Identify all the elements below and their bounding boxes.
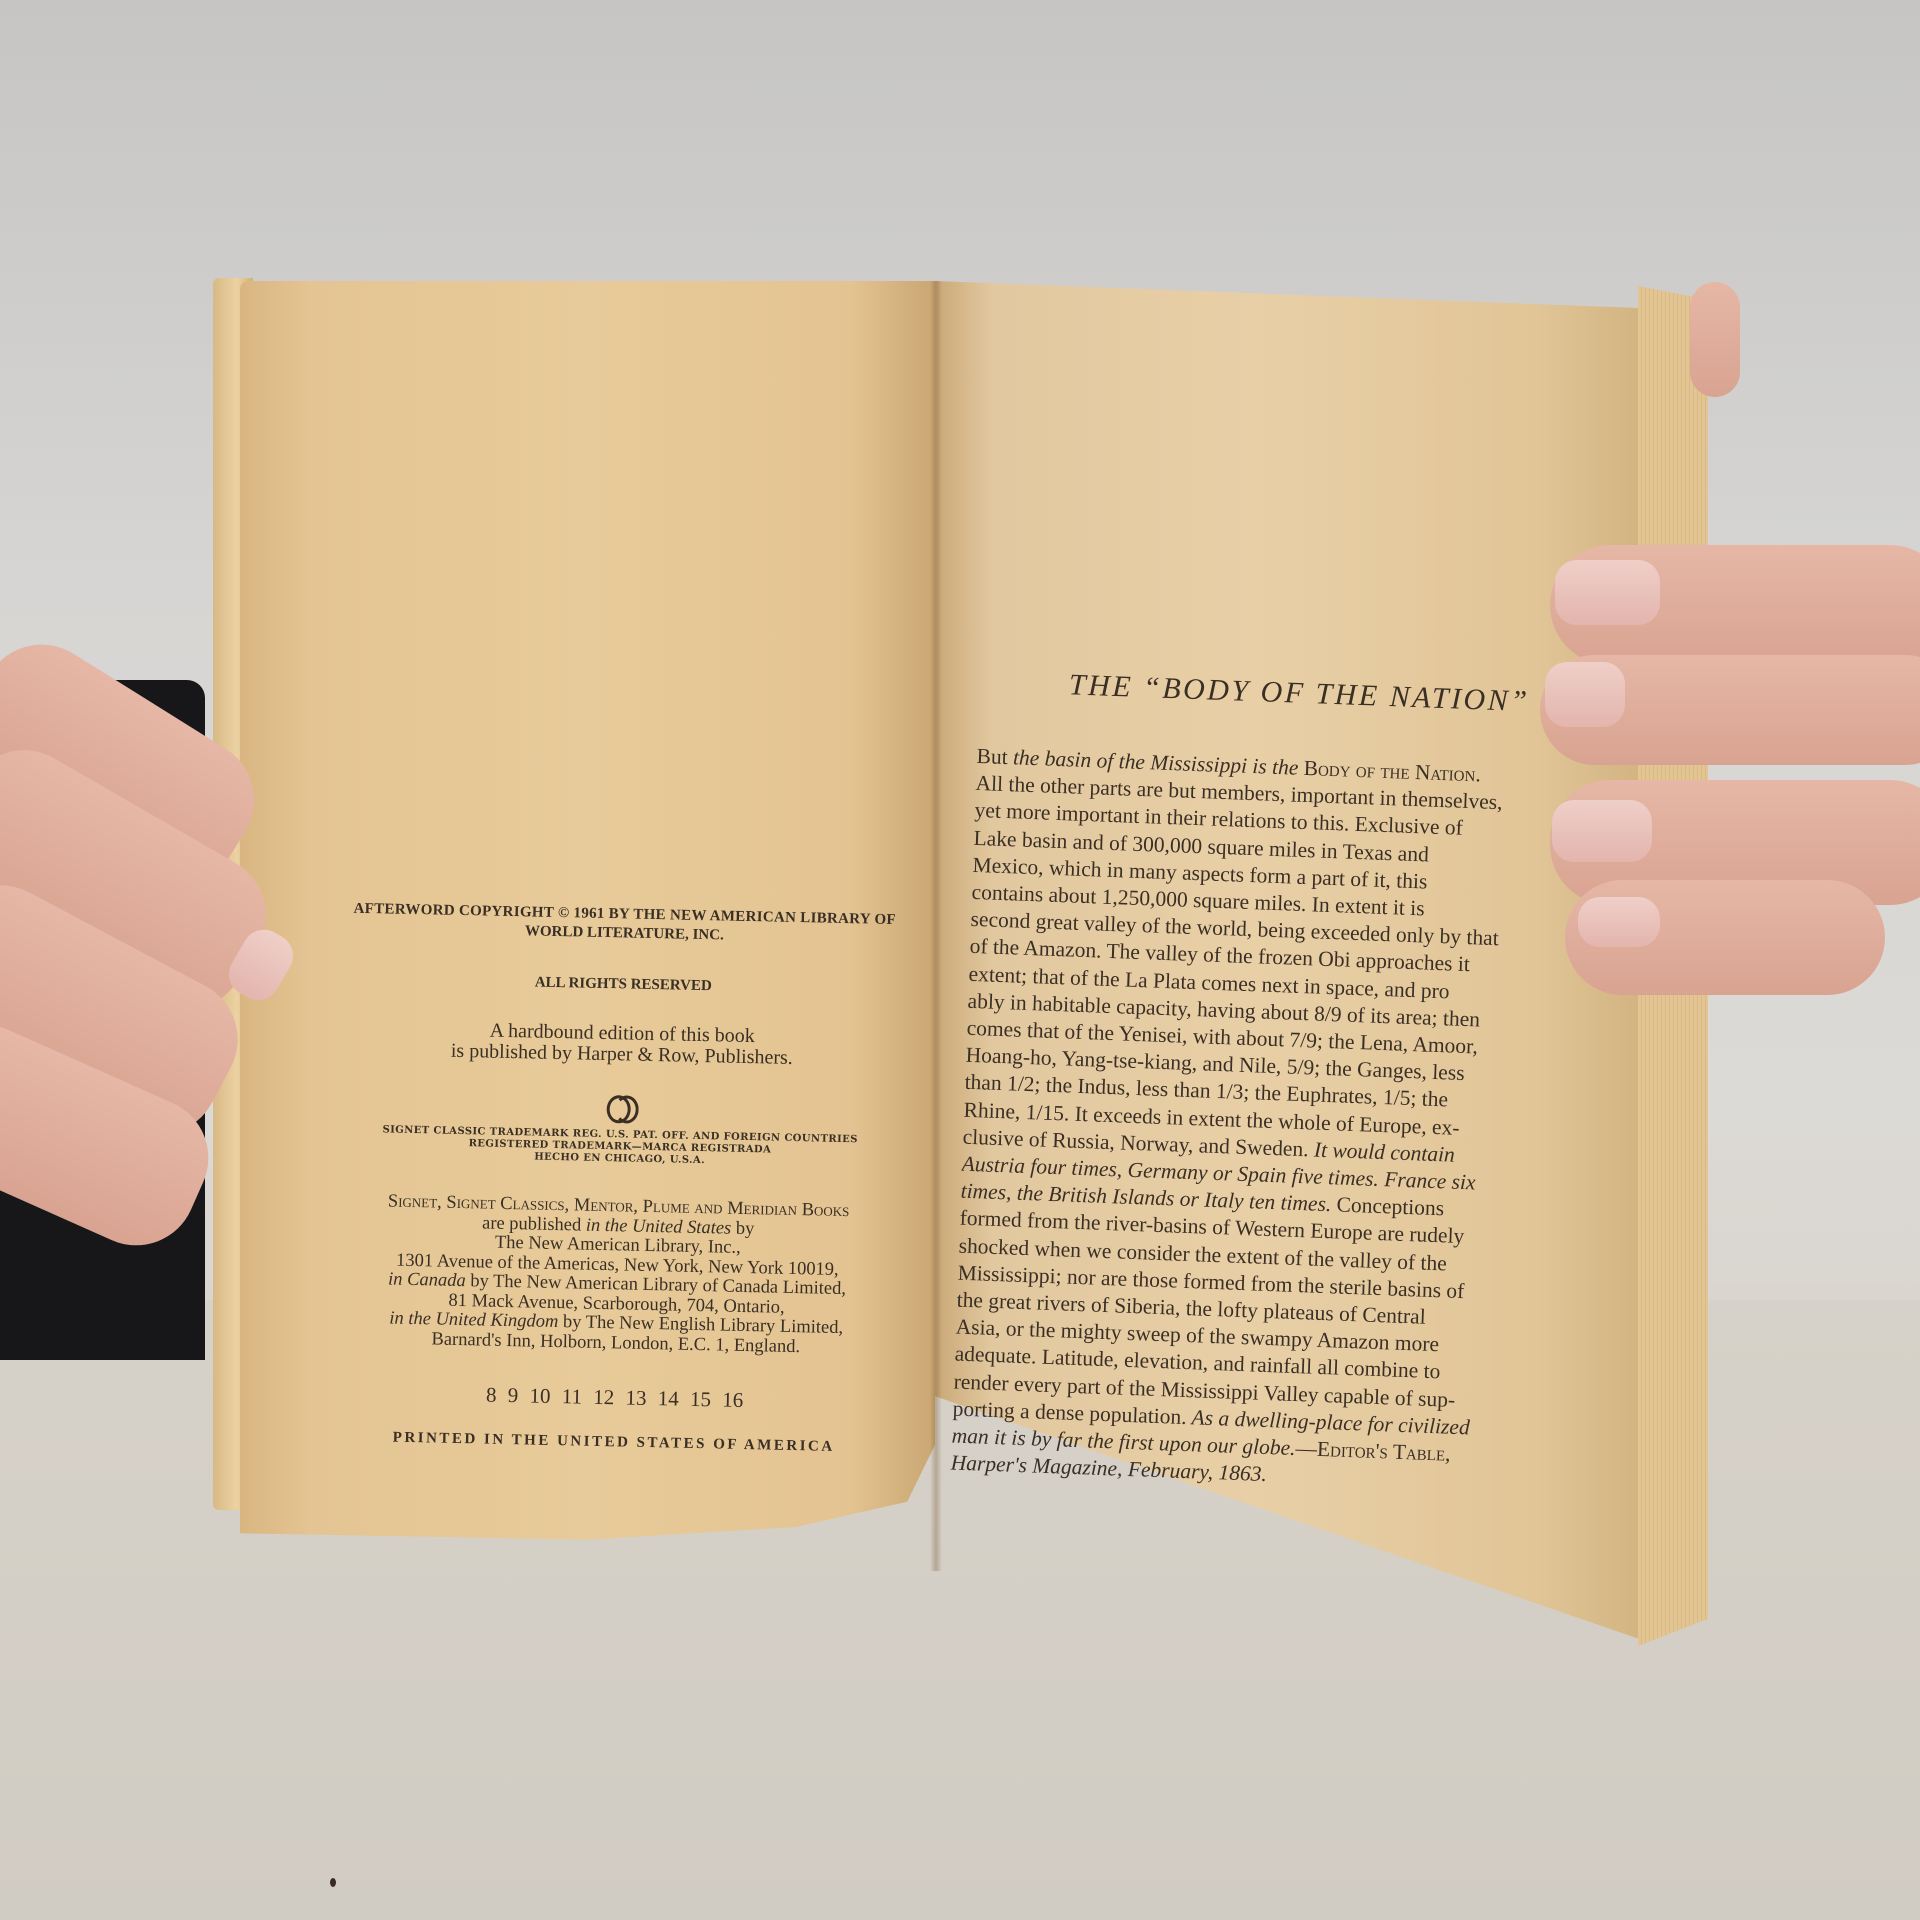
epigraph-page: THE “BODY OF THE NATION” But the basin o… [950,665,1599,1500]
trademark-notice: SIGNET CLASSIC TRADEMARK REG. U.S. PAT. … [315,1123,926,1172]
right-thumb [1690,282,1740,397]
printing-line: 8 9 10 11 12 13 14 15 16 [309,1379,919,1417]
publisher-imprint: Signet, Signet Classics, Mentor, Plume a… [311,1191,924,1360]
hardbound-note: A hardbound edition of this book is publ… [317,1017,928,1072]
copyright-page: AFTERWORD COPYRIGHT © 1961 BY THE NEW AM… [309,900,930,1458]
right-fingernail [1545,662,1625,727]
book-gutter [930,281,942,1571]
rights-reserved: ALL RIGHTS RESERVED [318,970,928,1000]
right-fingernail [1552,800,1652,862]
dust-speck [330,1878,336,1887]
right-fingernail [1578,897,1660,947]
signet-classic-logo-icon [604,1091,637,1124]
quotation-body: But the basin of the Mississippi is the … [950,743,1582,1499]
right-fingernail [1555,560,1660,625]
